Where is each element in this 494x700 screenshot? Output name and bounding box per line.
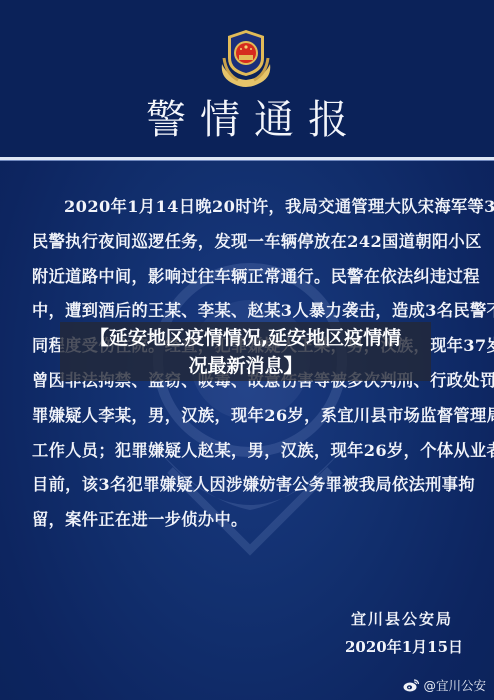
caption-line-1: 【延安地区疫情情况,延安地区疫情情 (60, 324, 431, 352)
caption-line-2: 况最新消息】 (60, 352, 431, 380)
body-line: 罪嫌疑人李某，男，汉族，现年26岁，系宜川县市场监督管理局 (32, 399, 464, 434)
signature-block: 宜川县公安局 2020年1月15日 (345, 605, 475, 661)
signature-org: 宜川县公安局 (345, 605, 475, 633)
weibo-handle: @宜川公安 (423, 676, 486, 694)
body-line: 工作人员；犯罪嫌疑人赵某，男，汉族，现年26岁，个体从业者。 (32, 434, 464, 469)
police-emblem-icon (216, 28, 276, 90)
caption-overlay: 【延安地区疫情情况,延安地区疫情情 况最新消息】 (60, 322, 431, 380)
body-line: 2020年1月14日晚20时许，我局交通管理大队宋海军等3名 (32, 190, 464, 225)
page-title: 警情通报 (0, 96, 494, 144)
body-line: 民警执行夜间巡逻任务，发现一车辆停放在242国道朝阳小区 (32, 225, 464, 260)
body-line: 留，案件正在进一步侦办中。 (32, 503, 464, 538)
header-divider (0, 157, 494, 160)
weibo-icon (403, 678, 420, 692)
weibo-watermark: @宜川公安 (403, 676, 486, 694)
body-line: 附近道路中间，影响过往车辆正常通行。民警在依法纠违过程 (32, 260, 464, 295)
body-line: 目前，该3名犯罪嫌疑人因涉嫌妨害公务罪被我局依法刑事拘 (32, 468, 464, 503)
signature-date: 2020年1月15日 (345, 633, 475, 661)
header-banner: 警情通报 (0, 0, 494, 158)
